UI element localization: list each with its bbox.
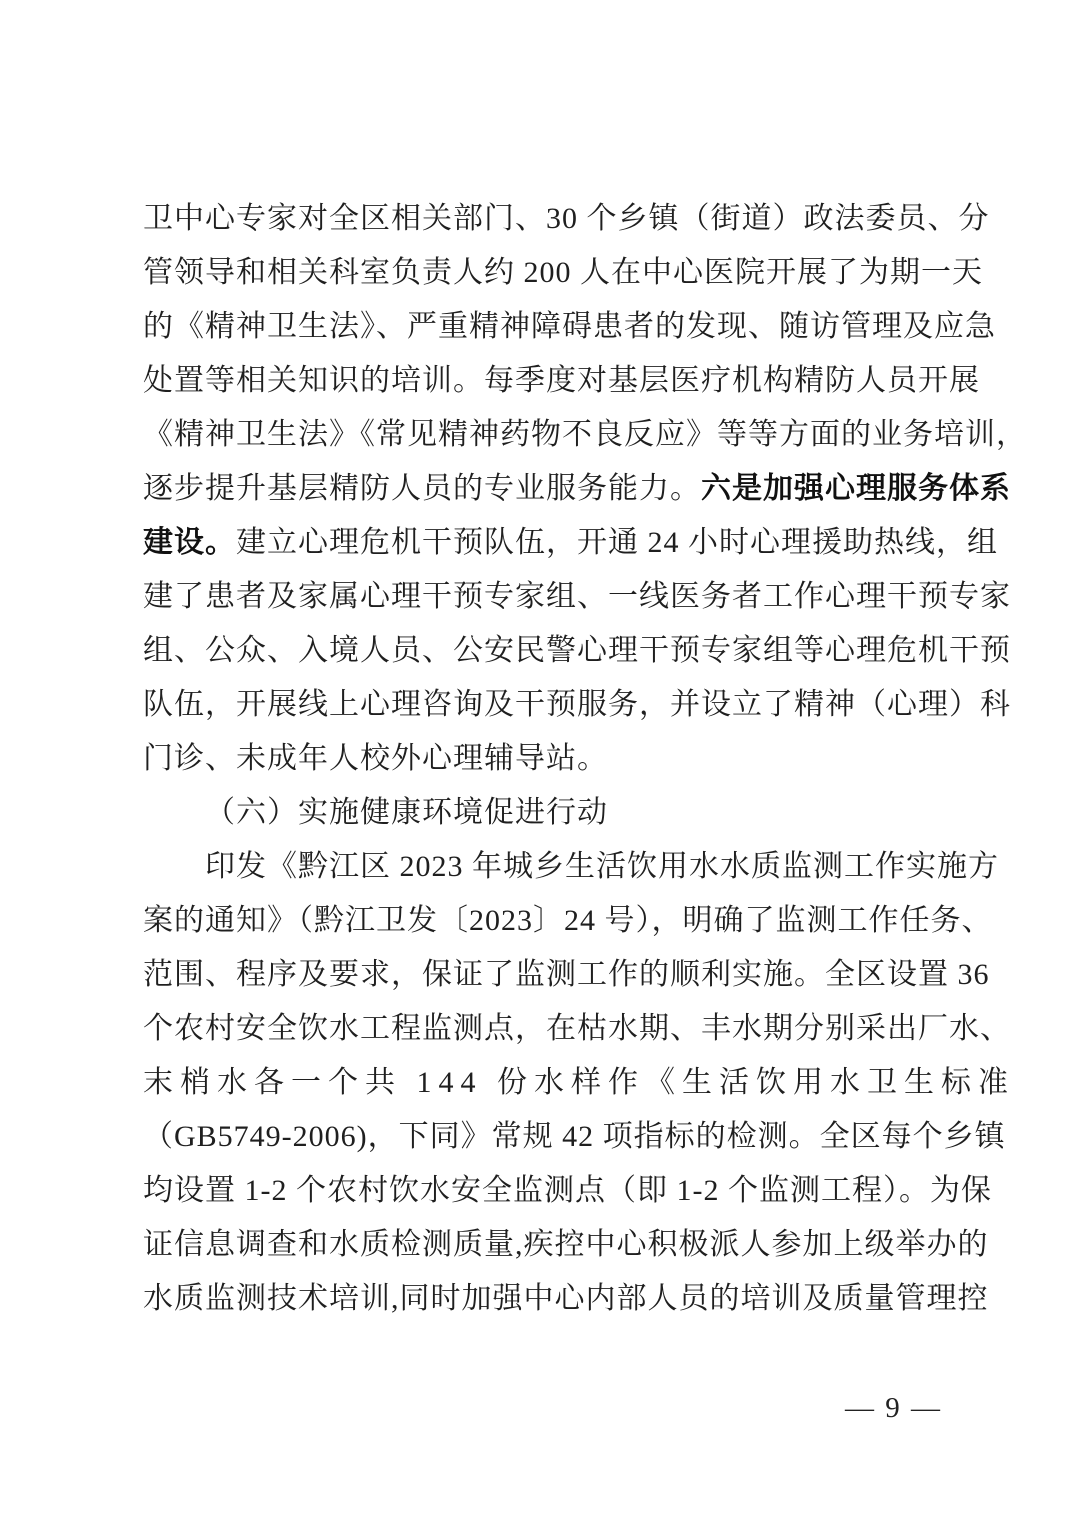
text-line: 管领导和相关科室负责人约 200 人在中心医院开展了为期一天: [143, 246, 948, 300]
text-segment: 建立心理危机干预队伍，开通 24 小时心理援助热线，组: [236, 526, 998, 559]
text-segment: 范围、程序及要求，保证了监测工作的顺利实施。全区设置 36: [143, 958, 990, 991]
text-segment: 的《精神卫生法》、严重精神障碍患者的发现、随访管理及应急: [143, 310, 996, 343]
text-line: 逐步提升基层精防人员的专业服务能力。六是加强心理服务体系: [143, 462, 948, 516]
text-segment: 建了患者及家属心理干预专家组、一线医务者工作心理干预专家: [143, 580, 1011, 613]
text-segment: 均设置 1-2 个农村饮水安全监测点（即 1-2 个监测工程）。为保: [143, 1174, 992, 1207]
text-segment: （六）实施健康环境促进行动: [205, 796, 608, 829]
text-line: 组、公众、入境人员、公安民警心理干预专家组等心理危机干预: [143, 624, 948, 678]
text-line: 个农村安全饮水工程监测点，在枯水期、丰水期分别采出厂水、: [143, 1002, 948, 1056]
section-heading: （六）实施健康环境促进行动: [143, 786, 948, 840]
text-segment: 水质监测技术培训,同时加强中心内部人员的培训及质量管理控: [143, 1282, 989, 1315]
text-segment: 管领导和相关科室负责人约 200 人在中心医院开展了为期一天: [143, 256, 983, 289]
text-line: 的《精神卫生法》、严重精神障碍患者的发现、随访管理及应急: [143, 300, 948, 354]
text-segment: 印发《黔江区 2023 年城乡生活饮用水水质监测工作实施方: [205, 850, 999, 883]
text-segment: 处置等相关知识的培训。每季度对基层医疗机构精防人员开展: [143, 364, 980, 397]
text-line: 均设置 1-2 个农村饮水安全监测点（即 1-2 个监测工程）。为保: [143, 1164, 948, 1218]
text-line: （GB5749-2006)，下同》常规 42 项指标的检测。全区每个乡镇: [143, 1110, 948, 1164]
text-segment: （GB5749-2006)，下同》常规 42 项指标的检测。全区每个乡镇: [143, 1120, 1006, 1153]
text-line: 建设。建立心理危机干预队伍，开通 24 小时心理援助热线，组: [143, 516, 948, 570]
text-segment: 门诊、未成年人校外心理辅导站。: [143, 742, 608, 775]
text-line: 范围、程序及要求，保证了监测工作的顺利实施。全区设置 36: [143, 948, 948, 1002]
text-line: 队伍，开展线上心理咨询及干预服务，并设立了精神（心理）科: [143, 678, 948, 732]
text-segment: 组、公众、入境人员、公安民警心理干预专家组等心理危机干预: [143, 634, 1011, 667]
text-line: 处置等相关知识的培训。每季度对基层医疗机构精防人员开展: [143, 354, 948, 408]
text-segment: 逐步提升基层精防人员的专业服务能力。: [143, 472, 701, 505]
page-number: — 9 —: [845, 1388, 942, 1428]
text-line: 末梢水各一个共 144 份水样作《生活饮用水卫生标准: [143, 1056, 948, 1110]
text-line: 门诊、未成年人校外心理辅导站。: [143, 732, 948, 786]
text-line: 建了患者及家属心理干预专家组、一线医务者工作心理干预专家: [143, 570, 948, 624]
text-segment: 末梢水各一个共 144 份水样作《生活饮用水卫生标准: [143, 1066, 1015, 1099]
bold-text-segment: 六是加强心理服务体系: [701, 472, 1011, 505]
text-segment: 《精神卫生法》《常见精神药物不良反应》等等方面的业务培训，: [143, 418, 1027, 451]
text-line: 《精神卫生法》《常见精神药物不良反应》等等方面的业务培训，: [143, 408, 948, 462]
text-segment: 队伍，开展线上心理咨询及干预服务，并设立了精神（心理）科: [143, 688, 1011, 721]
text-segment: 案的通知》（黔江卫发〔2023〕24 号），明确了监测工作任务、: [143, 904, 993, 937]
bold-text-segment: 建设。: [143, 526, 236, 559]
text-segment: 个农村安全饮水工程监测点，在枯水期、丰水期分别采出厂水、: [143, 1012, 1011, 1045]
text-line: 证信息调查和水质检测质量,疾控中心积极派人参加上级举办的: [143, 1218, 948, 1272]
text-block: 卫中心专家对全区相关部门、30 个乡镇（街道）政法委员、分管领导和相关科室负责人…: [143, 192, 948, 1326]
text-segment: 卫中心专家对全区相关部门、30 个乡镇（街道）政法委员、分: [143, 202, 990, 235]
text-line: 水质监测技术培训,同时加强中心内部人员的培训及质量管理控: [143, 1272, 948, 1326]
text-segment: 证信息调查和水质检测质量,疾控中心积极派人参加上级举办的: [143, 1228, 989, 1261]
text-line: 印发《黔江区 2023 年城乡生活饮用水水质监测工作实施方: [143, 840, 948, 894]
document-page: 卫中心专家对全区相关部门、30 个乡镇（街道）政法委员、分管领导和相关科室负责人…: [0, 0, 1074, 1520]
text-line: 案的通知》（黔江卫发〔2023〕24 号），明确了监测工作任务、: [143, 894, 948, 948]
text-line: 卫中心专家对全区相关部门、30 个乡镇（街道）政法委员、分: [143, 192, 948, 246]
